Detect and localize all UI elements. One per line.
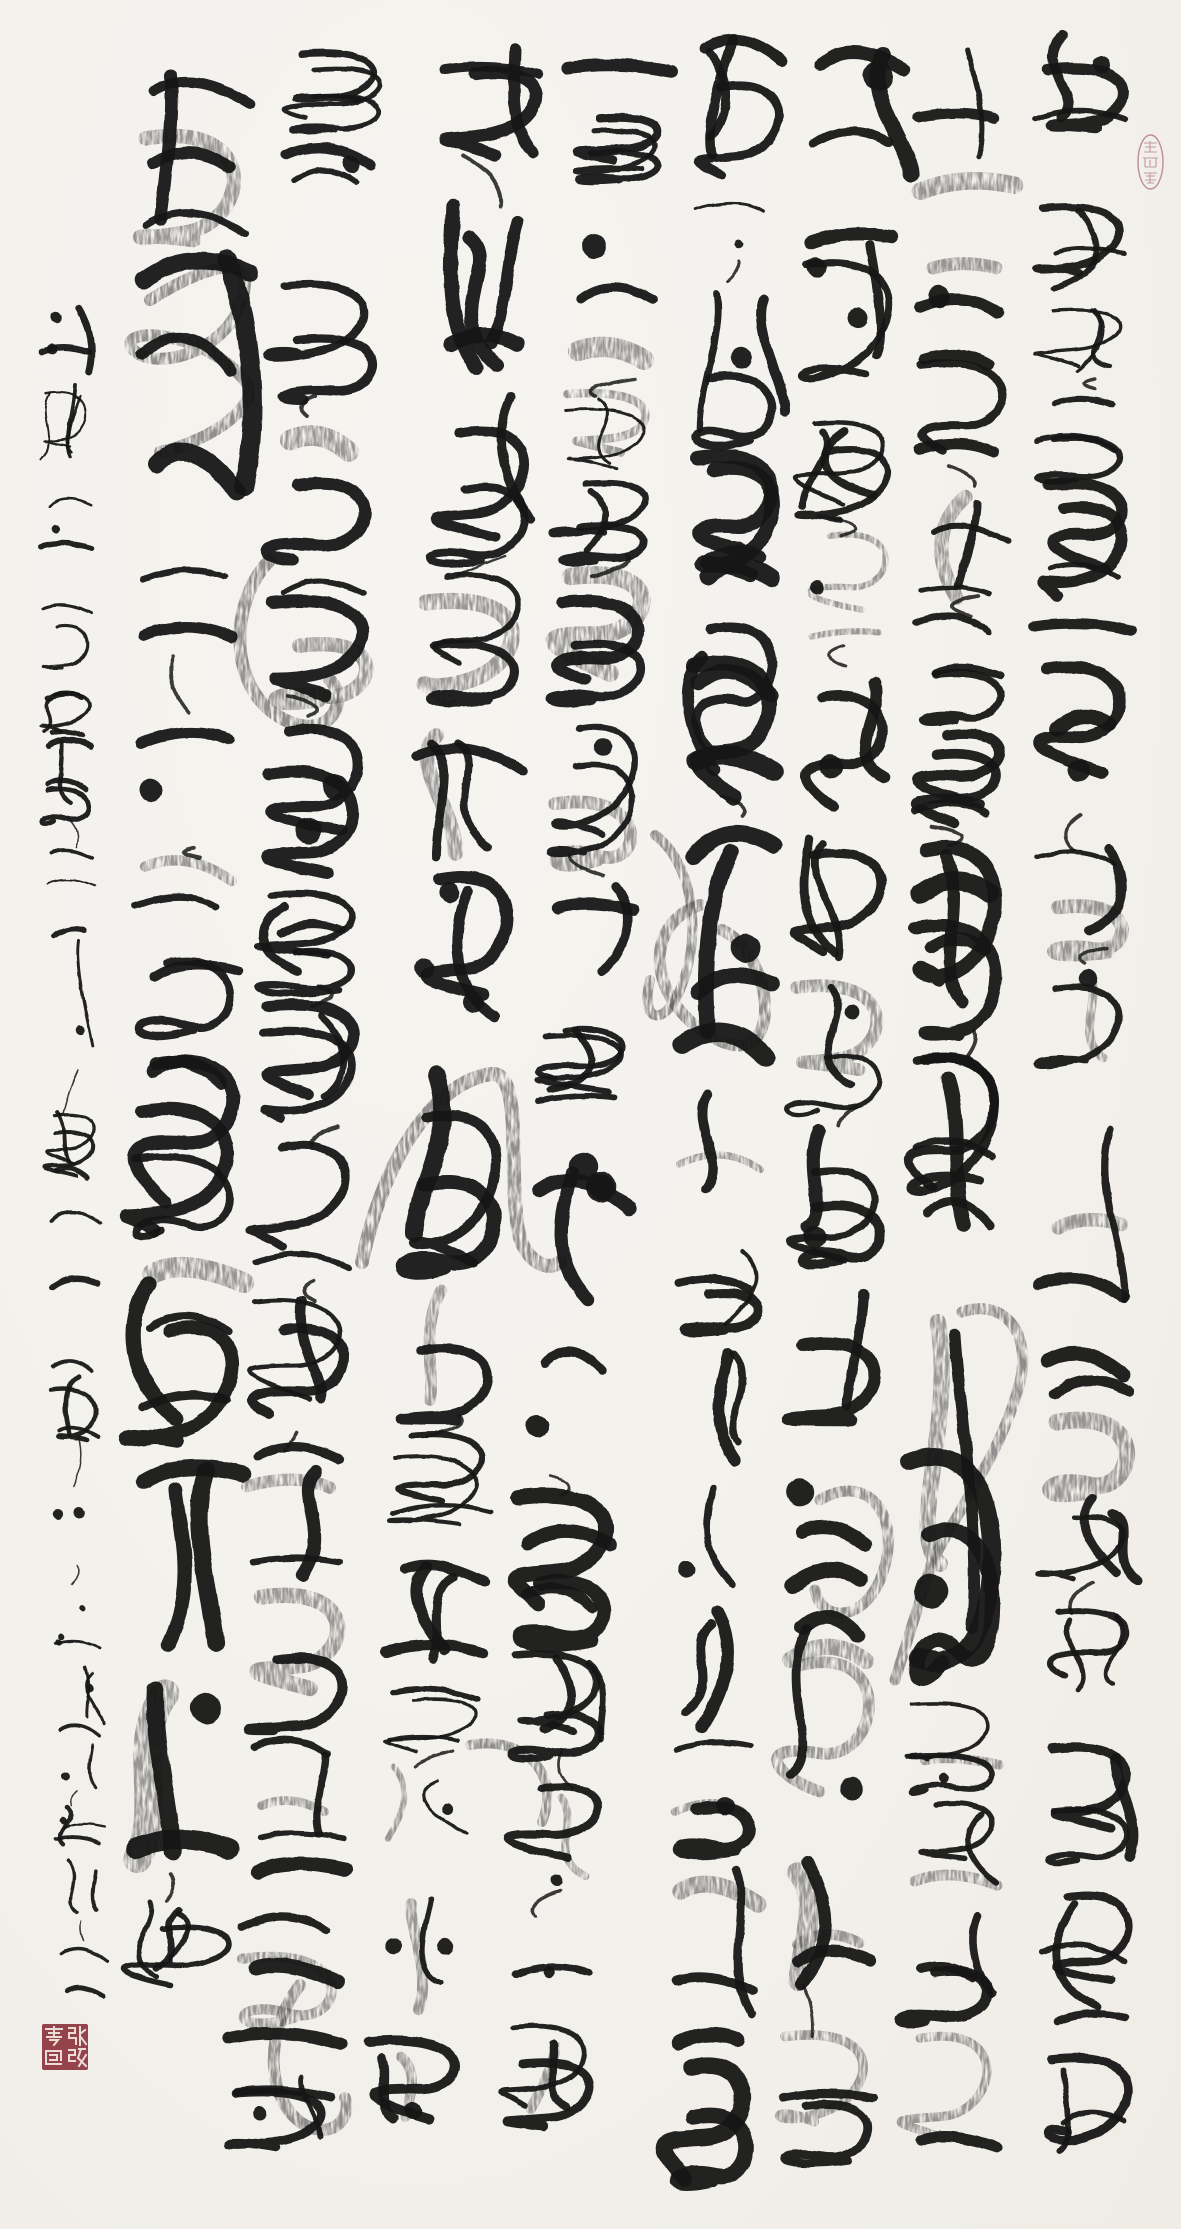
calligraphy-character: 成 [787,530,902,650]
calligraphy-character: 浮 [262,280,387,400]
calligraphy-character: 邊 [536,710,651,860]
calligraphy-character: 推 [678,620,783,800]
calligraphy-character: 至 [1031,1495,1141,1587]
calligraphy-character: 裡 [119,1240,249,1440]
calligraphy-character: 看 [418,390,538,560]
seal-character: 改 [65,2047,88,2070]
calligraphy-character: 吹 [384,1280,504,1420]
calligraphy-character: 都 [1027,383,1137,479]
calligraphy-character: 料 [783,820,898,960]
calligraphy-character: 張 [45,1480,107,1570]
calligraphy-character: 雞 [1033,2053,1143,2180]
calligraphy-character: 廢 [785,660,900,810]
calligraphy-character: 眼 [488,2022,603,2134]
calligraphy-character: 彩 [781,970,896,1110]
calligraphy-character: 下 [248,890,373,990]
calligraphy-character: 陶 [228,1738,353,1846]
calligraphy-character: 田 [115,1895,245,1985]
calligraphy-character: 江 [541,570,656,700]
calligraphy-character: 寅 [42,1182,104,1320]
calligraphy-character: 山 [559,115,674,180]
calligraphy-character: 天 [366,1760,486,1857]
calligraphy-character: 處 [125,240,255,515]
calligraphy-character: 雨 [905,610,1015,720]
calligraphy-character: 地 [895,1800,1005,1890]
calligraphy-character: 揮 [898,1296,1008,1663]
calligraphy-character: 白 [234,1445,359,1580]
seal-character: 張 [65,2024,88,2047]
calligraphy-character: 源 [120,1040,250,1230]
calligraphy-character: 新 [769,1850,884,1990]
calligraphy-character: 南 [907,330,1017,470]
calligraphy-character: 澤 [33,499,95,586]
calligraphy-character: 可 [117,1450,247,1650]
calligraphy-character: 界 [406,710,526,860]
calligraphy-character: 江 [664,1480,769,1590]
name-seal: 張 改 琴 印 [42,2024,88,2070]
calligraphy-character: 知 [220,2060,345,2148]
calligraphy-character: 年 [686,185,791,265]
calligraphy-character: 雲 [361,1875,481,2022]
calligraphy-character: 洪 [1026,307,1136,383]
calligraphy-character: 壬 [40,1107,102,1176]
calligraphy-character: 律 [36,739,98,821]
calligraphy-character: 在 [774,1430,889,1600]
calligraphy-character: 鶴 [255,570,380,700]
calligraphy-character: 雲 [778,1120,893,1260]
calligraphy-character: 向 [433,45,553,160]
calligraphy-character: 立 [904,730,1014,830]
calligraphy-character: 九 [267,50,392,130]
calligraphy-character: 旋 [497,1783,612,1895]
calligraphy-character: 二 [37,841,99,892]
calligraphy-character: 鮮 [655,2030,760,2180]
calligraphy-character: 首 [39,907,101,1075]
calligraphy-character: 蔥 [519,1130,634,1317]
calligraphy-character: 雪 [793,30,908,210]
oval-seal-icon [1136,133,1165,191]
calligraphy-character: 吳 [241,1140,366,1285]
calligraphy-character: 得 [1026,203,1136,307]
calligraphy-character: 浪 [681,450,786,610]
calligraphy-character: 風 [391,1068,511,1268]
calligraphy-character: 東 [34,586,96,668]
calligraphy-character: 錄 [31,300,93,377]
calligraphy-character: 蘢 [513,1330,628,1480]
calligraphy-character: 冷 [493,1910,608,2004]
calligraphy-character: 久 [909,35,1019,160]
calligraphy-character: 長 [776,1270,891,1420]
calligraphy-character: 煙 [231,1590,356,1730]
calligraphy-character: 浪 [671,1080,776,1206]
calligraphy-character: 北 [896,1700,1006,1790]
calligraphy-character: 去 [123,540,253,660]
calligraphy-character: 橫 [355,2036,475,2148]
calligraphy-character: 天 [906,480,1016,600]
calligraphy-character: 雨 [379,1430,499,1540]
calligraphy-character: 前 [674,810,779,1065]
calligraphy-character: 毛 [32,382,94,474]
calligraphy-character: 鬢 [893,2030,1003,2195]
calligraphy-character: 金 [49,1855,111,1925]
calligraphy-character: 年 [688,35,793,175]
calligraphy-character: 有 [771,1610,886,1830]
calligraphy-character: 城 [50,1935,112,2013]
calligraphy-character: 天 [766,2030,881,2160]
calligraphy-character: 楫 [1030,1327,1140,1490]
calligraphy-character: 一 [1027,615,1137,641]
calligraphy-character: 飛 [554,215,669,383]
calligraphy-character: 不 [222,2020,347,2060]
calligraphy-character: 黃 [258,410,383,560]
calligraphy-character: 世 [412,570,532,700]
calligraphy-character: 七 [35,688,97,739]
calligraphy-character: 擊 [1029,1120,1139,1316]
leading-seal [1136,133,1165,191]
calligraphy-character: 聞 [1032,1890,1142,2033]
calligraphy-character: 上 [525,1026,640,1110]
seal-character: 琴 [42,2024,65,2047]
calligraphy-character: 洋 [426,200,546,380]
calligraphy-character: 來 [788,410,903,520]
calligraphy-character: 灑 [374,1550,494,1675]
calligraphy-character: 一 [562,57,677,80]
calligraphy-character: 又 [1027,479,1137,598]
calligraphy-character: 到 [1025,31,1135,134]
calligraphy-character: 躍 [530,870,645,1010]
calligraphy-character: 曾 [901,1050,1011,1255]
calligraphy-character: 改 [46,1578,108,1650]
calligraphy-character: 書 [48,1742,110,1795]
calligraphy-character: 琴 [47,1660,109,1735]
calligraphy-character: 於 [48,1800,110,1850]
calligraphy-character: 春 [43,1360,105,1440]
text-layer: 到得洪都又一年祖生擊楫至今傳聞雞 久聽南天雨立馬曾揮北地鞭鬢 雪飛來成廢料彩雲長… [0,0,1181,2229]
calligraphy-character: 派 [265,132,390,250]
calligraphy-character: 處 [657,1860,762,2020]
calligraphy-character: 浪 [251,710,376,880]
calligraphy-character: 花 [662,1600,767,1730]
calligraphy-character: 大 [545,480,660,560]
calligraphy-scroll: 到得洪都又一年祖生擊楫至今傳聞雞 久聽南天雨立馬曾揮北地鞭鬢 雪飛來成廢料彩雲長… [0,0,1181,2229]
calligraphy-character: 江 [668,1245,773,1330]
calligraphy-character: 花 [121,852,251,1030]
calligraphy-character: 後 [684,275,789,440]
calligraphy-character: 今 [1031,1607,1141,1704]
calligraphy-character: 年 [1028,661,1138,819]
calligraphy-character: 處 [660,1740,765,1850]
calligraphy-character: 桃 [122,706,252,852]
calligraphy-character: 四 [507,1490,622,1640]
calligraphy-character: 草 [666,1335,771,1470]
calligraphy-character: 起 [238,1295,363,1436]
seal-character: 印 [42,2047,65,2070]
calligraphy-character: 聽 [908,180,1018,320]
calligraphy-character: 鞭 [894,1905,1004,2020]
calligraphy-character: 百 [502,1650,617,1755]
calligraphy-character: 江 [370,1682,490,1755]
calligraphy-character: 三 [245,1000,370,1130]
calligraphy-character: 祖 [1028,845,1138,952]
calligraphy-character: 馬 [902,840,1012,1035]
calligraphy-character: 傳 [1031,1743,1141,1860]
calligraphy-character: 飛 [790,220,905,400]
calligraphy-character: 何 [126,55,256,240]
calligraphy-character: 熱 [399,870,519,1060]
calligraphy-character: 峙 [549,390,664,470]
calligraphy-character: 耕 [116,1671,246,1878]
calligraphy-character: 生 [1029,957,1139,1085]
